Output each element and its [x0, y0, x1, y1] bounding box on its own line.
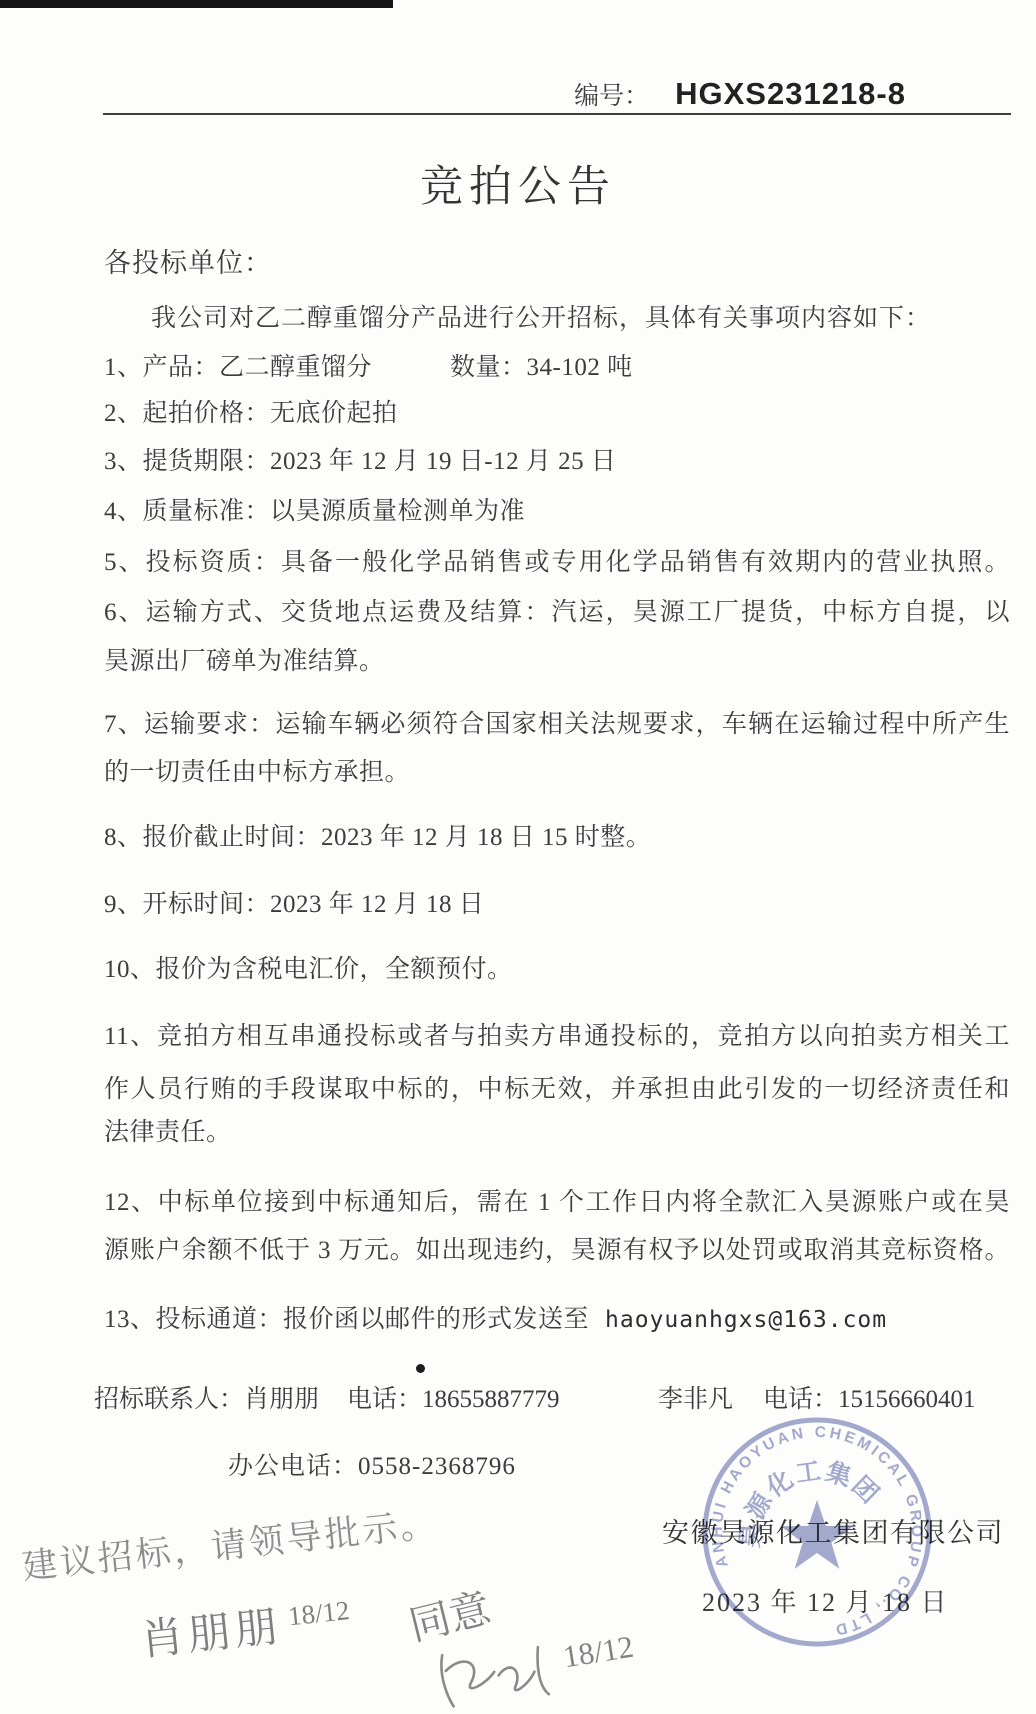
- signature-1-date: 18/12: [287, 1595, 351, 1631]
- item-12-line2: 源账户余额不低于 3 万元。如出现违约，昊源有权予以处罚或取消其竞标资格。: [104, 1235, 1010, 1268]
- item-7-line2: 的一切责任由中标方承担。: [104, 757, 410, 790]
- contact-primary: 招标联系人：肖朋朋 电话：18655887779: [94, 1384, 560, 1417]
- signature-1-name: 肖朋朋: [139, 1603, 284, 1664]
- scanned-auction-notice: 编号： HGXS231218-8 竞拍公告 各投标单位： 我公司对乙二醇重馏分产…: [0, 0, 1036, 1714]
- item-9: 9、开标时间：2023 年 12 月 18 日: [104, 889, 484, 922]
- item-7-line1: 7、运输要求：运输车辆必须符合国家相关法规要求，车辆在运输过程中所产生: [104, 709, 1010, 742]
- item-3: 3、提货期限：2023 年 12 月 19 日-12 月 25 日: [104, 446, 616, 479]
- item-11-line2: 作人员行贿的手段谋取中标的，中标无效，并承担由此引发的一切经济责任和: [104, 1074, 1010, 1107]
- office-phone: 办公电话：0558-2368796: [228, 1451, 516, 1484]
- item-11-line1: 11、竞拍方相互串通投标或者与拍卖方串通投标的，竞拍方以向拍卖方相关工: [104, 1021, 1010, 1054]
- page-title: 竞拍公告: [0, 160, 1036, 216]
- contact-primary-name: 招标联系人：肖朋朋: [94, 1384, 319, 1417]
- document-ref-row: 编号： HGXS231218-8: [574, 74, 906, 114]
- item-4: 4、质量标准：以昊源质量检测单为准: [104, 496, 525, 529]
- item-6-line2: 昊源出厂磅单为准结算。: [104, 646, 385, 679]
- item-13-text: 13、投标通道：报价函以邮件的形式发送至: [104, 1304, 589, 1337]
- company-seal: ANHUI HAOYUAN CHEMICAL GROUP CO., LTD 昊源…: [697, 1412, 937, 1652]
- item-8: 8、报价截止时间：2023 年 12 月 18 日 15 时整。: [104, 822, 651, 855]
- header-rule: [103, 113, 1011, 115]
- item-2: 2、起拍价格：无底价起拍: [104, 398, 398, 431]
- salutation: 各投标单位：: [104, 246, 272, 281]
- handwritten-signature-1: 肖朋朋18/12: [137, 1585, 353, 1668]
- ink-dot-artifact: [416, 1364, 425, 1373]
- bid-email: haoyuanhgxs@163.com: [605, 1306, 887, 1336]
- item-13: 13、投标通道：报价函以邮件的形式发送至 haoyuanhgxs@163.com: [104, 1304, 887, 1337]
- item-6-line1: 6、运输方式、交货地点运费及结算：汽运，昊源工厂提货，中标方自提，以: [104, 597, 1010, 630]
- item-5: 5、投标资质：具备一般化学品销售或专用化学品销售有效期内的营业执照。: [104, 547, 1010, 580]
- ref-label: 编号：: [574, 81, 649, 114]
- seal-star-icon: [781, 1500, 853, 1569]
- item-12-line1: 12、中标单位接到中标通知后，需在 1 个工作日内将全款汇入昊源账户或在昊: [104, 1187, 1010, 1220]
- item-1-product: 1、产品：乙二醇重馏分: [104, 352, 372, 385]
- item-1: 1、产品：乙二醇重馏分 数量：34-102 吨: [104, 352, 633, 385]
- ref-number: HGXS231218-8: [675, 74, 906, 114]
- item-11-line3: 法律责任。: [104, 1117, 232, 1150]
- handwritten-note: 建议招标，请领导批示。: [19, 1496, 440, 1589]
- contact-primary-phone: 电话：18655887779: [347, 1384, 560, 1417]
- item-10: 10、报价为含税电汇价，全额预付。: [104, 954, 513, 987]
- intro-paragraph: 我公司对乙二醇重馏分产品进行公开招标，具体有关事项内容如下：: [151, 303, 931, 336]
- scan-artifact-bar: [0, 0, 393, 8]
- item-1-quantity: 数量：34-102 吨: [450, 352, 633, 385]
